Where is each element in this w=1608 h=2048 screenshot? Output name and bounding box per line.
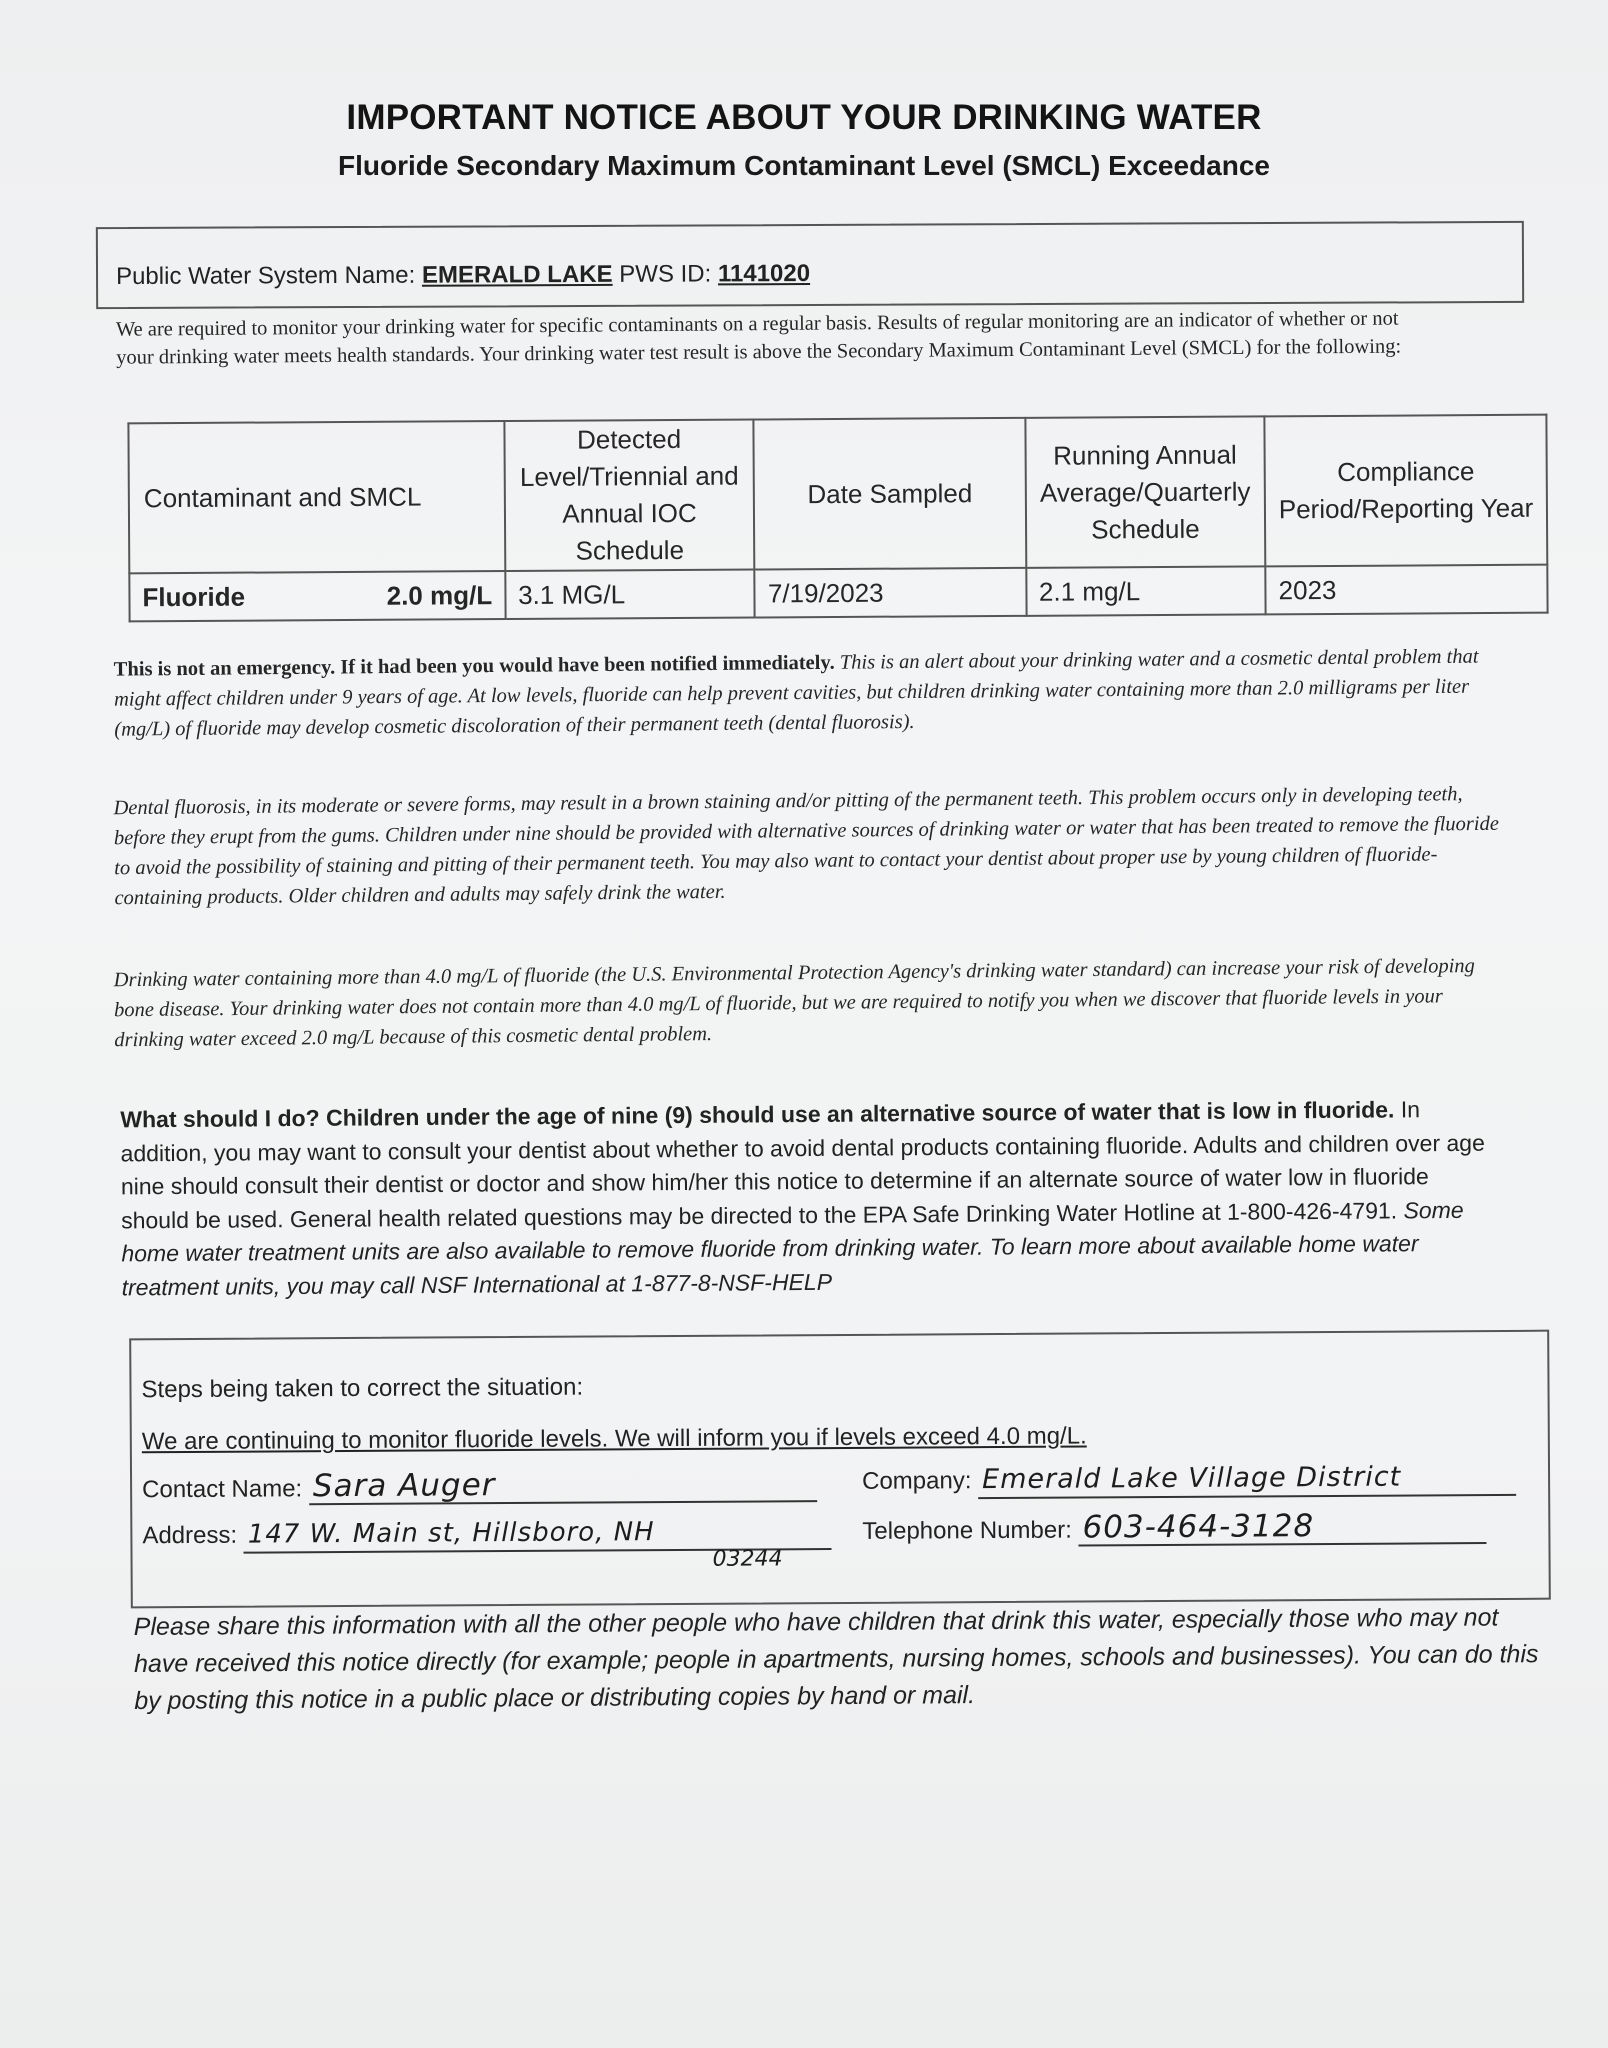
contaminant-smcl: 2.0 mg/L xyxy=(387,580,493,612)
contaminant-name: Fluoride xyxy=(142,581,245,613)
intro-paragraph: We are required to monitor your drinking… xyxy=(116,304,1436,372)
steps-label: Steps being taken to correct the situati… xyxy=(141,1374,583,1405)
cell-date-sampled: 7/19/2023 xyxy=(755,568,1026,618)
bone-disease-text: Drinking water containing more than 4.0 … xyxy=(114,955,1475,1051)
what-to-do-heading: What should I do? Children under the age… xyxy=(120,1096,1394,1132)
emergency-statement: This is not an emergency. If it had been… xyxy=(114,652,835,681)
pws-line: Public Water System Name: EMERALD LAKE P… xyxy=(116,260,810,291)
pws-id-label: PWS ID: xyxy=(619,260,711,287)
pws-name-value: EMERALD LAKE xyxy=(422,261,613,289)
header-running-average: Running Annual Average/Quarterly Schedul… xyxy=(1025,416,1266,567)
notice-page: IMPORTANT NOTICE ABOUT YOUR DRINKING WAT… xyxy=(0,0,1608,2048)
fluorosis-text: Dental fluorosis, in its moderate or sev… xyxy=(113,783,1499,909)
cell-running-average: 2.1 mg/L xyxy=(1026,566,1266,615)
address-zip: 03244 xyxy=(712,1546,782,1571)
header-date-sampled: Date Sampled xyxy=(754,418,1026,570)
page-subtitle: Fluoride Secondary Maximum Contaminant L… xyxy=(0,150,1608,182)
results-table: Contaminant and SMCL Detected Level/Trie… xyxy=(127,414,1548,623)
results-table-header-row: Contaminant and SMCL Detected Level/Trie… xyxy=(128,415,1547,574)
pws-name-label: Public Water System Name: xyxy=(116,262,415,290)
cell-detected-level: 3.1 MG/L xyxy=(505,570,755,620)
company-label: Company: xyxy=(862,1467,972,1495)
pws-id-value: 1141020 xyxy=(718,260,810,287)
header-contaminant: Contaminant and SMCL xyxy=(128,421,505,573)
contact-name-field: Contact Name: Sara Auger xyxy=(142,1466,817,1506)
share-notice: Please share this information with all t… xyxy=(134,1599,1555,1720)
page-title: IMPORTANT NOTICE ABOUT YOUR DRINKING WAT… xyxy=(0,98,1608,138)
cell-compliance-year: 2023 xyxy=(1265,565,1547,615)
company-field: Company: Emerald Lake Village District xyxy=(862,1460,1516,1500)
emergency-paragraph: This is not an emergency. If it had been… xyxy=(114,641,1505,744)
contact-name-value: Sara Auger xyxy=(309,1466,817,1505)
steps-text: We are continuing to monitor fluoride le… xyxy=(142,1422,1087,1456)
telephone-field: Telephone Number: 603-464-3128 xyxy=(862,1508,1486,1548)
table-row: Fluoride 2.0 mg/L 3.1 MG/L 7/19/2023 2.1… xyxy=(129,565,1547,622)
what-to-do-paragraph: What should I do? Children under the age… xyxy=(120,1093,1502,1305)
cell-contaminant: Fluoride 2.0 mg/L xyxy=(129,571,505,621)
steps-box: Steps being taken to correct the situati… xyxy=(129,1330,1551,1609)
fluorosis-paragraph: Dental fluorosis, in its moderate or sev… xyxy=(113,779,1504,914)
company-value: Emerald Lake Village District xyxy=(978,1460,1516,1499)
pws-info-box: Public Water System Name: EMERALD LAKE P… xyxy=(96,221,1524,309)
header-detected-level: Detected Level/Triennial and Annual IOC … xyxy=(504,420,755,572)
bone-disease-paragraph: Drinking water containing more than 4.0 … xyxy=(114,951,1505,1056)
telephone-label: Telephone Number: xyxy=(862,1517,1072,1545)
address-label: Address: xyxy=(142,1522,237,1550)
telephone-value: 603-464-3128 xyxy=(1078,1508,1486,1546)
contact-name-label: Contact Name: xyxy=(142,1475,302,1503)
header-compliance-period: Compliance Period/Reporting Year xyxy=(1265,415,1548,567)
